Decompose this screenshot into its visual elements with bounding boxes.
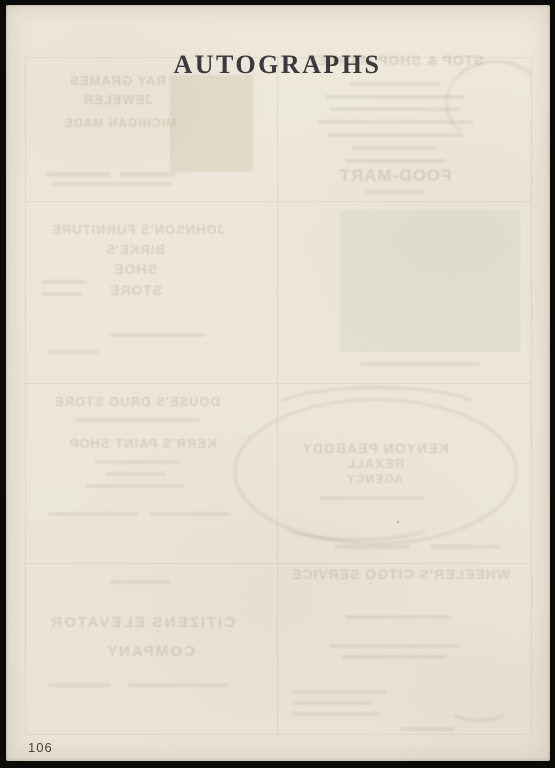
ghost-text-bar bbox=[95, 460, 180, 464]
ghost-text-bar bbox=[330, 107, 460, 111]
ghost-text-bar bbox=[365, 190, 425, 194]
ghost-text-bar bbox=[292, 701, 372, 705]
ghost-text-bar bbox=[48, 350, 98, 354]
ghost-text-bar bbox=[430, 545, 500, 549]
ghost-text: FOOD-MART bbox=[295, 166, 495, 186]
ghost-grid-line bbox=[25, 57, 26, 735]
ghost-text: DOUSE'S DRUG STORE bbox=[42, 394, 232, 409]
ghost-text-bar bbox=[292, 690, 387, 694]
ghost-text-bar bbox=[345, 615, 450, 619]
ghost-text: AGENCY bbox=[332, 472, 417, 486]
ghost-text-bar bbox=[352, 146, 437, 150]
ghost-text-bar bbox=[45, 172, 111, 177]
ghost-grid-line bbox=[25, 383, 531, 384]
ghost-text: STORE bbox=[98, 282, 173, 298]
ghost-text-bar bbox=[335, 545, 410, 549]
ghost-text-bar bbox=[110, 333, 205, 337]
ghost-text: COMPANY bbox=[105, 643, 195, 660]
ghost-text-bar bbox=[342, 655, 447, 659]
ghost-text-bar bbox=[320, 496, 425, 500]
ghost-text-bar bbox=[325, 95, 465, 99]
ghost-text-bar bbox=[292, 712, 380, 716]
ghost-text: JOHNSON'S FURNITURE bbox=[48, 222, 228, 237]
ghost-text: KENYON PEABODY bbox=[295, 440, 455, 456]
ghost-ribbon-mark bbox=[447, 692, 511, 722]
page-content: RAY GRAMES JEWELER MICHIGAN MADE STOP & … bbox=[6, 5, 550, 761]
ghost-grid-line bbox=[277, 57, 278, 735]
ghost-text-bar bbox=[360, 362, 480, 366]
ghost-photo-block bbox=[170, 75, 253, 172]
ghost-text: CITIZENS ELEVATOR bbox=[60, 614, 235, 631]
ghost-text-bar bbox=[128, 683, 228, 687]
ghost-text: JEWELER bbox=[60, 92, 175, 107]
ghost-arc-banner bbox=[278, 505, 436, 541]
ghost-text-bar bbox=[42, 280, 87, 284]
ghost-text-bar bbox=[150, 512, 230, 516]
ghost-text-bar bbox=[345, 159, 445, 163]
paper-sheet: RAY GRAMES JEWELER MICHIGAN MADE STOP & … bbox=[6, 5, 550, 761]
ghost-text-bar bbox=[110, 580, 170, 584]
ghost-grid-line bbox=[25, 563, 531, 564]
ghost-text-bar bbox=[48, 512, 138, 516]
ghost-text: BIRKE'S bbox=[95, 242, 175, 257]
ghost-text: SHOE bbox=[100, 261, 170, 277]
ghost-grid-line bbox=[25, 734, 531, 735]
ghost-photo-block bbox=[340, 210, 520, 352]
ghost-text-bar bbox=[350, 82, 440, 86]
ghost-text-bar bbox=[330, 644, 460, 648]
ghost-text-bar bbox=[75, 418, 200, 422]
ghost-text-bar bbox=[48, 683, 110, 687]
page-number: 106 bbox=[28, 740, 53, 755]
ghost-text-bar bbox=[52, 182, 172, 186]
page-title: AUTOGRAPHS bbox=[6, 50, 550, 80]
scan-speck bbox=[397, 521, 399, 523]
ghost-text-bar bbox=[400, 727, 455, 731]
ghost-text-bar bbox=[105, 472, 165, 476]
ghost-arc-banner bbox=[268, 386, 486, 438]
ghost-grid-line bbox=[531, 57, 532, 735]
ghost-text-bar bbox=[85, 484, 185, 488]
ghost-text-bar bbox=[120, 172, 175, 177]
ghost-text: KERR'S PAINT SHOP bbox=[50, 436, 235, 451]
ghost-grid-line bbox=[25, 201, 531, 202]
ghost-text: WHEELER'S CITGO SERVICE bbox=[295, 566, 510, 582]
scanned-page: RAY GRAMES JEWELER MICHIGAN MADE STOP & … bbox=[0, 0, 555, 768]
ghost-text-bar bbox=[328, 133, 463, 137]
ghost-text: REXALL bbox=[330, 456, 420, 471]
ghost-text-bar bbox=[42, 292, 82, 296]
